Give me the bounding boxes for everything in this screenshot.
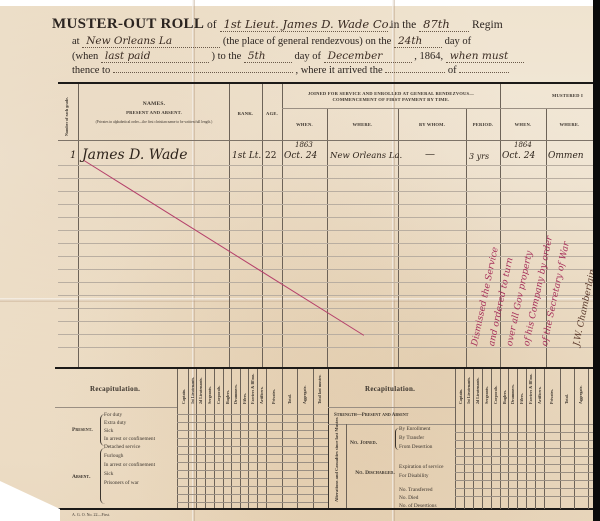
names-note: (Privates in alphabetical order—the firs… [92,120,216,124]
header-bottom-rule [58,140,593,141]
where-header: Where. [327,122,398,127]
joined-label: No. Joined. [350,440,377,446]
column-divider [327,108,328,368]
number-column-header: Number of each grade. [64,92,69,136]
ruled-line [58,230,593,231]
recap-right-header-rule [328,407,455,408]
mustered-where: Ommen [548,151,584,161]
mustered-when-header: When. [500,122,546,127]
of-label-2: of [448,65,457,76]
document-title: MUSTER-OUT ROLL [52,16,204,32]
cancel-line [84,160,364,336]
torn-corner [0,481,60,521]
soldier-name: James D. Wade [82,147,188,163]
recap-col-header: Total. [564,374,569,404]
recap-top-rule [55,367,593,369]
ruled-line [58,282,593,283]
recap-item: From Desertion [399,444,432,450]
column-divider [262,84,263,368]
recap-grid-row [455,464,593,465]
rendezvous-label: (the place of general rendezvous) on the [223,36,392,47]
recap-col-header: Farriers & Bl'ms. [250,374,255,404]
when-label: (when [72,51,98,62]
recap-item: Sick [104,428,113,434]
at-label: at [72,36,80,47]
recap-col-header: 1st Lieutenants. [190,374,195,404]
ruled-line [58,256,593,257]
ruled-line [58,165,593,166]
recap-item: No. Died [399,495,418,501]
muster-out-roll-document: MUSTER-OUT ROLL of 1st Lieut. James D. W… [0,0,593,521]
day-of-label: day of [445,36,472,47]
discharged-label: No. Discharged. [355,470,395,476]
recap-col-header: Total. [287,374,292,404]
ruled-line [58,347,593,348]
recap-col-header: Aggregate. [578,374,583,404]
names-header: Names. [80,101,228,107]
recap-item: Expiration of service [399,464,443,470]
recap-col-header: 1st Lieutenants. [466,374,471,404]
recap-col-header: Fifers. [242,374,247,404]
arrived-label: , where it arrived the [295,65,382,76]
ruled-line [58,295,593,296]
regiment-field: 87th [419,17,469,32]
recap-col-header: Buglers. [502,374,507,404]
recap-item: No. of Desertions [399,503,437,509]
recap-item: Extra duty [104,420,126,426]
table-top-rule [58,82,593,84]
recap-col-header: Artificers. [259,374,264,404]
recap-grid-row [177,414,328,415]
mustered-where-header: Where. [546,122,593,127]
ruled-line [58,217,593,218]
when-mustered-field: when must [446,50,524,63]
day-of-label-2: day of [295,51,322,62]
recap-grid-row [455,440,593,441]
form-number: A. G. O. No. 22—First. [72,512,110,517]
mustered-year: 1864 [514,141,532,149]
recap-item: No. Transferred [399,487,433,493]
recap-grid-row [177,454,328,455]
mustered-group-header: Mustered i [540,93,593,98]
recap-grid-line [231,369,232,509]
recap-col-header: Corporals. [216,374,221,404]
recap-left-title: Recapitulation. [90,385,140,393]
ruled-line [58,178,593,179]
recap-item: In arrest or confinement [104,436,155,442]
when-header: When. [282,122,327,127]
recap-grid-line [196,369,197,509]
recap-grid-row [177,446,328,447]
recap-grid-row [177,462,328,463]
recap-grid-row [455,456,593,457]
recap-item: Sick [104,471,113,477]
recap-item: By Transfer [399,435,424,441]
recap-col-header: Drummers. [510,374,515,404]
of-field [459,72,509,73]
recap-item: By Enrollment [399,426,430,432]
recap-left-header-rule [55,407,177,408]
alterations-label: Alterations and Casualties since last Mu… [334,430,339,502]
recap-col-header: Fifers. [519,374,524,404]
period: 3 yrs [469,152,489,161]
recap-col-header: Captain. [181,374,186,404]
column-divider [398,108,399,368]
joined-group-header: Joined for service and enrolled at gener… [286,91,496,103]
recap-grid-row [455,496,593,497]
period-header: Period. [466,122,500,127]
recap-bottom-rule [55,508,593,510]
column-divider [466,108,467,368]
column-divider [78,84,79,368]
thence-label: thence to [72,65,110,76]
recap-col-header: Buglers. [225,374,230,404]
recap-grid-row [177,470,328,471]
recap-item: Detached service [104,444,140,450]
recap-grid-line [257,369,258,509]
recap-item: For duty [104,412,122,418]
recap-grid-line [297,369,298,509]
paid-line: (when last paid ) to the 5th day of Dece… [72,50,524,63]
fold-crease [192,0,195,521]
recap-grid-line [240,369,241,509]
recap-grid-line [266,369,267,509]
recap-grid-line [223,369,224,509]
by-whom: — [425,149,435,160]
recap-item: For Disability [399,473,429,479]
recap-grid-line [188,369,189,509]
recap-col-header: Total last muster. [317,374,322,404]
of-label: of [207,19,217,31]
by-whom-header: By whom. [398,122,466,127]
to-the-label: ) to the [212,51,242,62]
recap-item: Prisoners of war [104,480,139,486]
recap-grid-line [214,369,215,509]
soldier-age: 22 [265,151,276,161]
recap-item: In arrest or confinement [104,462,155,468]
recap-col-header: Aggregate. [302,374,307,404]
recap-col-header: Farriers & Bl'ms. [528,374,533,404]
recap-right-title: Recapitulation. [365,385,415,393]
recap-grid-row [455,432,593,433]
recap-grid-line [313,369,314,509]
present-label: Present. [72,427,93,433]
recap-col-header: Sergeants. [207,374,212,404]
to-day-field: 5th [244,50,292,63]
recap-col-header: Privates. [271,374,276,404]
recap-divider [328,369,329,509]
regiment-label: Regim [472,19,503,31]
recap-col-header: 2d Lieutenants. [475,374,480,404]
recap-col-header: Privates. [549,374,554,404]
recap-grid-line [205,369,206,509]
thence-field [113,72,293,73]
recap-col-header: Artificers. [537,374,542,404]
day-field: 24th [394,35,442,48]
recap-grid-row [455,472,593,473]
recap-grid-row [455,480,593,481]
header-divider [282,108,593,109]
recap-grid-line [248,369,249,509]
recap-right-divider [346,424,347,508]
rendezvous-line: at New Orleans La (the place of general … [72,35,471,48]
recap-grid-row [177,438,328,439]
mustered-when: Oct. 24 [502,151,535,161]
arrived-field [385,72,445,73]
strength-rule [328,424,593,425]
recap-item: Furlough [104,453,123,459]
recap-col-header: Captain. [458,374,463,404]
rank-header: Rank. [229,111,262,116]
place-field: New Orleans La [82,35,220,48]
recap-grid-row [177,430,328,431]
strength-label: Strength—Present and Absent [334,412,408,418]
title-line: MUSTER-OUT ROLL of 1st Lieut. James D. W… [52,16,503,33]
row-number: 1 [70,150,76,161]
recap-grid-row [455,448,593,449]
recap-col-header: Sergeants. [484,374,489,404]
company-field: 1st Lieut. James D. Wade Co. [220,17,388,32]
recap-grid-row [177,422,328,423]
recap-grid-row [177,502,328,503]
recap-grid-line [282,369,283,509]
joined-where: New Orleans La. [330,151,402,161]
soldier-rank: 1st Lt. [232,151,261,161]
torn-top-edge [0,0,593,6]
absent-label: Absent. [72,474,90,480]
thence-line: thence to , where it arrived the of [72,65,509,76]
column-divider [229,84,230,368]
recap-grid-row [455,488,593,489]
joined-year: 1863 [295,141,313,149]
recap-grid-row [177,478,328,479]
age-header: Age. [262,111,282,116]
year-label: , 1864, [414,51,443,62]
scan-edge [593,0,600,521]
ruled-line [58,204,593,205]
ruled-line [58,243,593,244]
names-subheader: Present and Absent. [80,110,228,115]
joined-when: Oct. 24 [284,151,317,161]
ruled-line [58,191,593,192]
recap-col-header: Drummers. [233,374,238,404]
recap-col-header: 2d Lieutenants. [198,374,203,404]
when-field: last paid [101,50,209,63]
month-field: December [324,50,412,63]
recap-left-grid [177,369,178,509]
recap-grid-row [177,494,328,495]
recap-col-header: Corporals. [493,374,498,404]
recap-grid-row [177,486,328,487]
in-the-label: in the [390,19,416,31]
